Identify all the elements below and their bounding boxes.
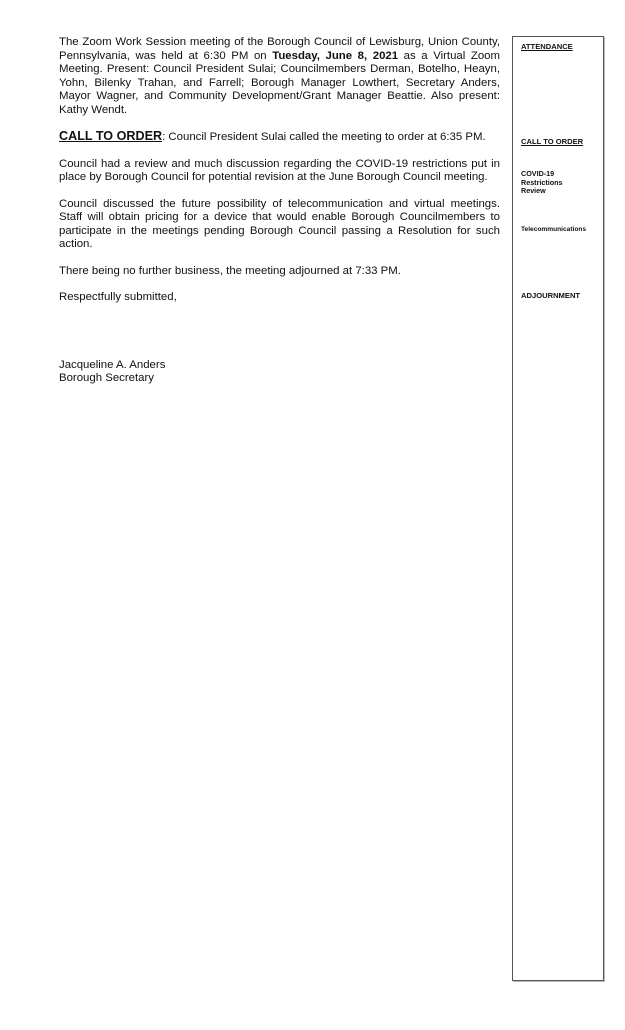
margin-label-attendance: ATTENDANCE [521, 42, 573, 51]
margin-label-covid: COVID-19 Restrictions Review [521, 170, 563, 196]
signature-block: Jacqueline A. Anders Borough Secretary [59, 359, 500, 386]
signature-name: Jacqueline A. Anders [59, 359, 500, 373]
covid-paragraph: Council had a review and much discussion… [59, 158, 500, 185]
margin-label-covid-line3: Review [521, 187, 563, 196]
call-to-order-heading: CALL TO ORDER [59, 129, 162, 143]
closing-line: Respectfully submitted, [59, 291, 500, 305]
minutes-body: The Zoom Work Session meeting of the Bor… [59, 36, 500, 386]
telecommunications-paragraph: Council discussed the future possibility… [59, 198, 500, 252]
call-to-order-text: : Council President Sulai called the mee… [162, 131, 486, 143]
margin-label-call-to-order: CALL TO ORDER [521, 137, 583, 146]
margin-headings-column: ATTENDANCE CALL TO ORDER COVID-19 Restri… [512, 36, 604, 981]
margin-label-telecommunications: Telecommunications [521, 226, 586, 233]
adjournment-paragraph: There being no further business, the mee… [59, 265, 500, 279]
meeting-date: Tuesday, June 8, 2021 [272, 50, 398, 62]
margin-label-adjournment: ADJOURNMENT [521, 291, 580, 300]
attendance-paragraph: The Zoom Work Session meeting of the Bor… [59, 36, 500, 117]
call-to-order-paragraph: CALL TO ORDER: Council President Sulai c… [59, 130, 500, 145]
signature-title: Borough Secretary [59, 372, 500, 386]
